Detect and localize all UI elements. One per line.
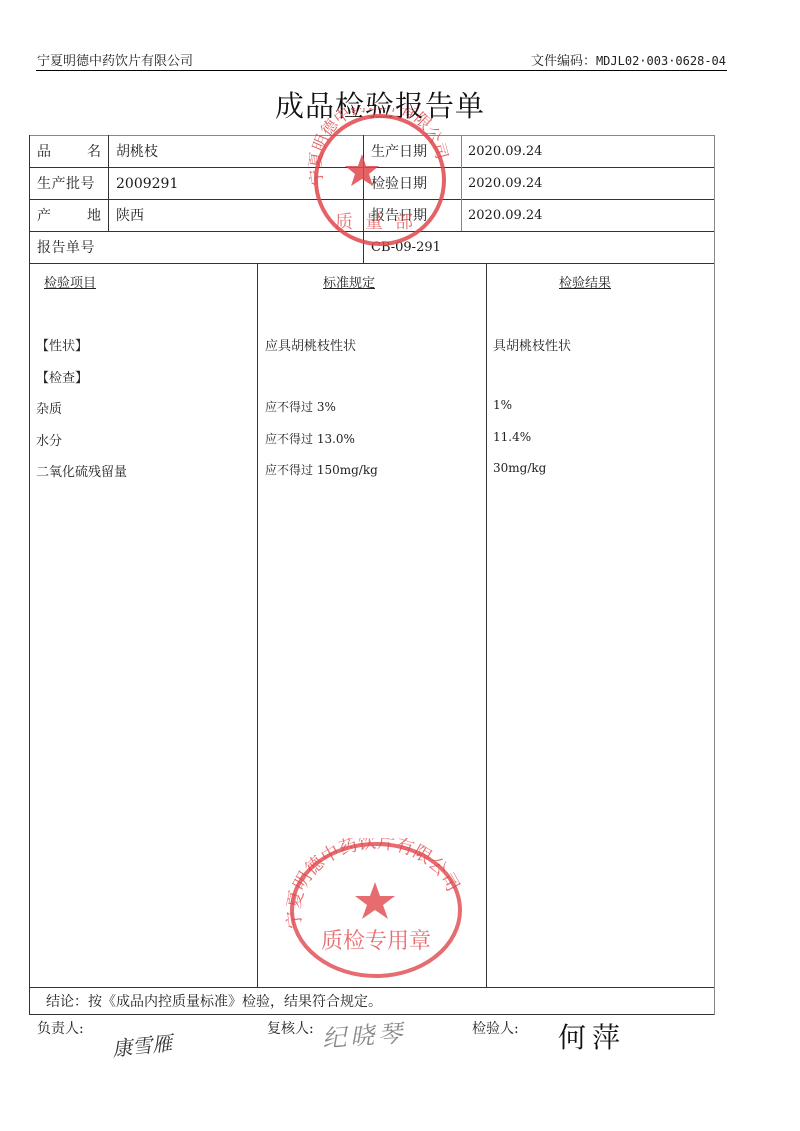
table-row-result: 1% — [493, 398, 512, 412]
table-row-standard: 应具胡桃枝性状 — [265, 335, 356, 354]
row-divider — [29, 167, 715, 168]
table-row-item: 【检查】 — [36, 367, 88, 386]
table-row-item: 水分 — [36, 430, 62, 449]
row-divider — [29, 231, 715, 232]
label-char: 产 — [37, 208, 51, 224]
header-divider — [36, 70, 727, 71]
row-divider — [29, 199, 715, 200]
origin-value: 陕西 — [116, 208, 144, 224]
report-no-value: CB-09-291 — [371, 240, 441, 256]
col-divider — [257, 263, 258, 987]
table-row-item: 杂质 — [36, 398, 62, 417]
inspection-date-label: 检验日期 — [371, 176, 427, 192]
conclusion-text: 结论：按《成品内控质量标准》检验，结果符合规定。 — [46, 994, 382, 1010]
label-char: 地 — [87, 208, 101, 224]
inspector-signature: 何萍 — [558, 1016, 626, 1056]
table-row-result: 具胡桃枝性状 — [493, 335, 571, 354]
responsible-label: 负责人: — [37, 1018, 84, 1038]
inspector-label: 检验人: — [472, 1018, 519, 1038]
col-divider — [486, 263, 487, 987]
table-row-result: 30mg/kg — [493, 461, 546, 475]
page-title: 成品检验报告单 — [0, 84, 760, 125]
quality-inspection-seal-icon: 宁夏明德中药饮片有限公司 质检专用章 — [285, 838, 465, 978]
table-row-standard: 应不得过 13.0% — [265, 430, 355, 447]
row-divider — [29, 263, 715, 264]
product-name-label: 品名 — [37, 144, 101, 160]
production-date-label: 生产日期 — [371, 144, 427, 160]
table-row-standard: 应不得过 3% — [265, 398, 336, 415]
document-code: 文件编码：MDJL02·003·0628-04 — [531, 50, 726, 69]
origin-label: 产地 — [37, 208, 101, 224]
table-row-standard: 应不得过 150mg/kg — [265, 461, 378, 478]
label-char: 名 — [87, 144, 101, 160]
row-divider — [29, 987, 715, 988]
seal-center-text: 质检专用章 — [321, 929, 431, 954]
label-char: 品 — [37, 144, 51, 160]
report-no-label: 报告单号 — [37, 240, 95, 256]
product-name-value: 胡桃枝 — [116, 144, 158, 160]
table-border-right — [714, 135, 715, 1015]
company-name: 宁夏明德中药饮片有限公司 — [37, 50, 193, 69]
table-row-result: 11.4% — [493, 430, 531, 444]
col-divider — [108, 135, 109, 231]
column-header-item: 检验项目 — [44, 272, 96, 291]
table-row-item: 【性状】 — [36, 335, 88, 354]
seal-ring-text: 宁夏明德中药饮片有限公司 — [285, 838, 463, 930]
column-header-result: 检验结果 — [487, 272, 683, 291]
col-divider — [363, 135, 364, 263]
column-header-standard: 标准规定 — [258, 272, 440, 291]
batch-value: 2009291 — [116, 176, 178, 192]
document-code-label: 文件编码： — [531, 54, 596, 69]
production-date-value: 2020.09.24 — [468, 144, 542, 160]
svg-text:宁夏明德中药饮片有限公司: 宁夏明德中药饮片有限公司 — [285, 838, 463, 930]
table-border-top — [29, 135, 715, 136]
document-code-value: MDJL02·003·0628-04 — [596, 54, 726, 68]
responsible-signature: 康雪雁 — [111, 1027, 174, 1062]
col-divider — [461, 135, 462, 231]
report-date-value: 2020.09.24 — [468, 208, 542, 224]
inspection-date-value: 2020.09.24 — [468, 176, 542, 192]
table-border-left — [29, 135, 30, 1015]
report-date-label: 报告日期 — [371, 208, 427, 224]
batch-label: 生产批号 — [37, 176, 95, 192]
reviewer-label: 复核人: — [267, 1018, 314, 1038]
reviewer-signature: 纪晓琴 — [321, 1013, 407, 1054]
table-row-item: 二氧化硫残留量 — [36, 461, 127, 480]
